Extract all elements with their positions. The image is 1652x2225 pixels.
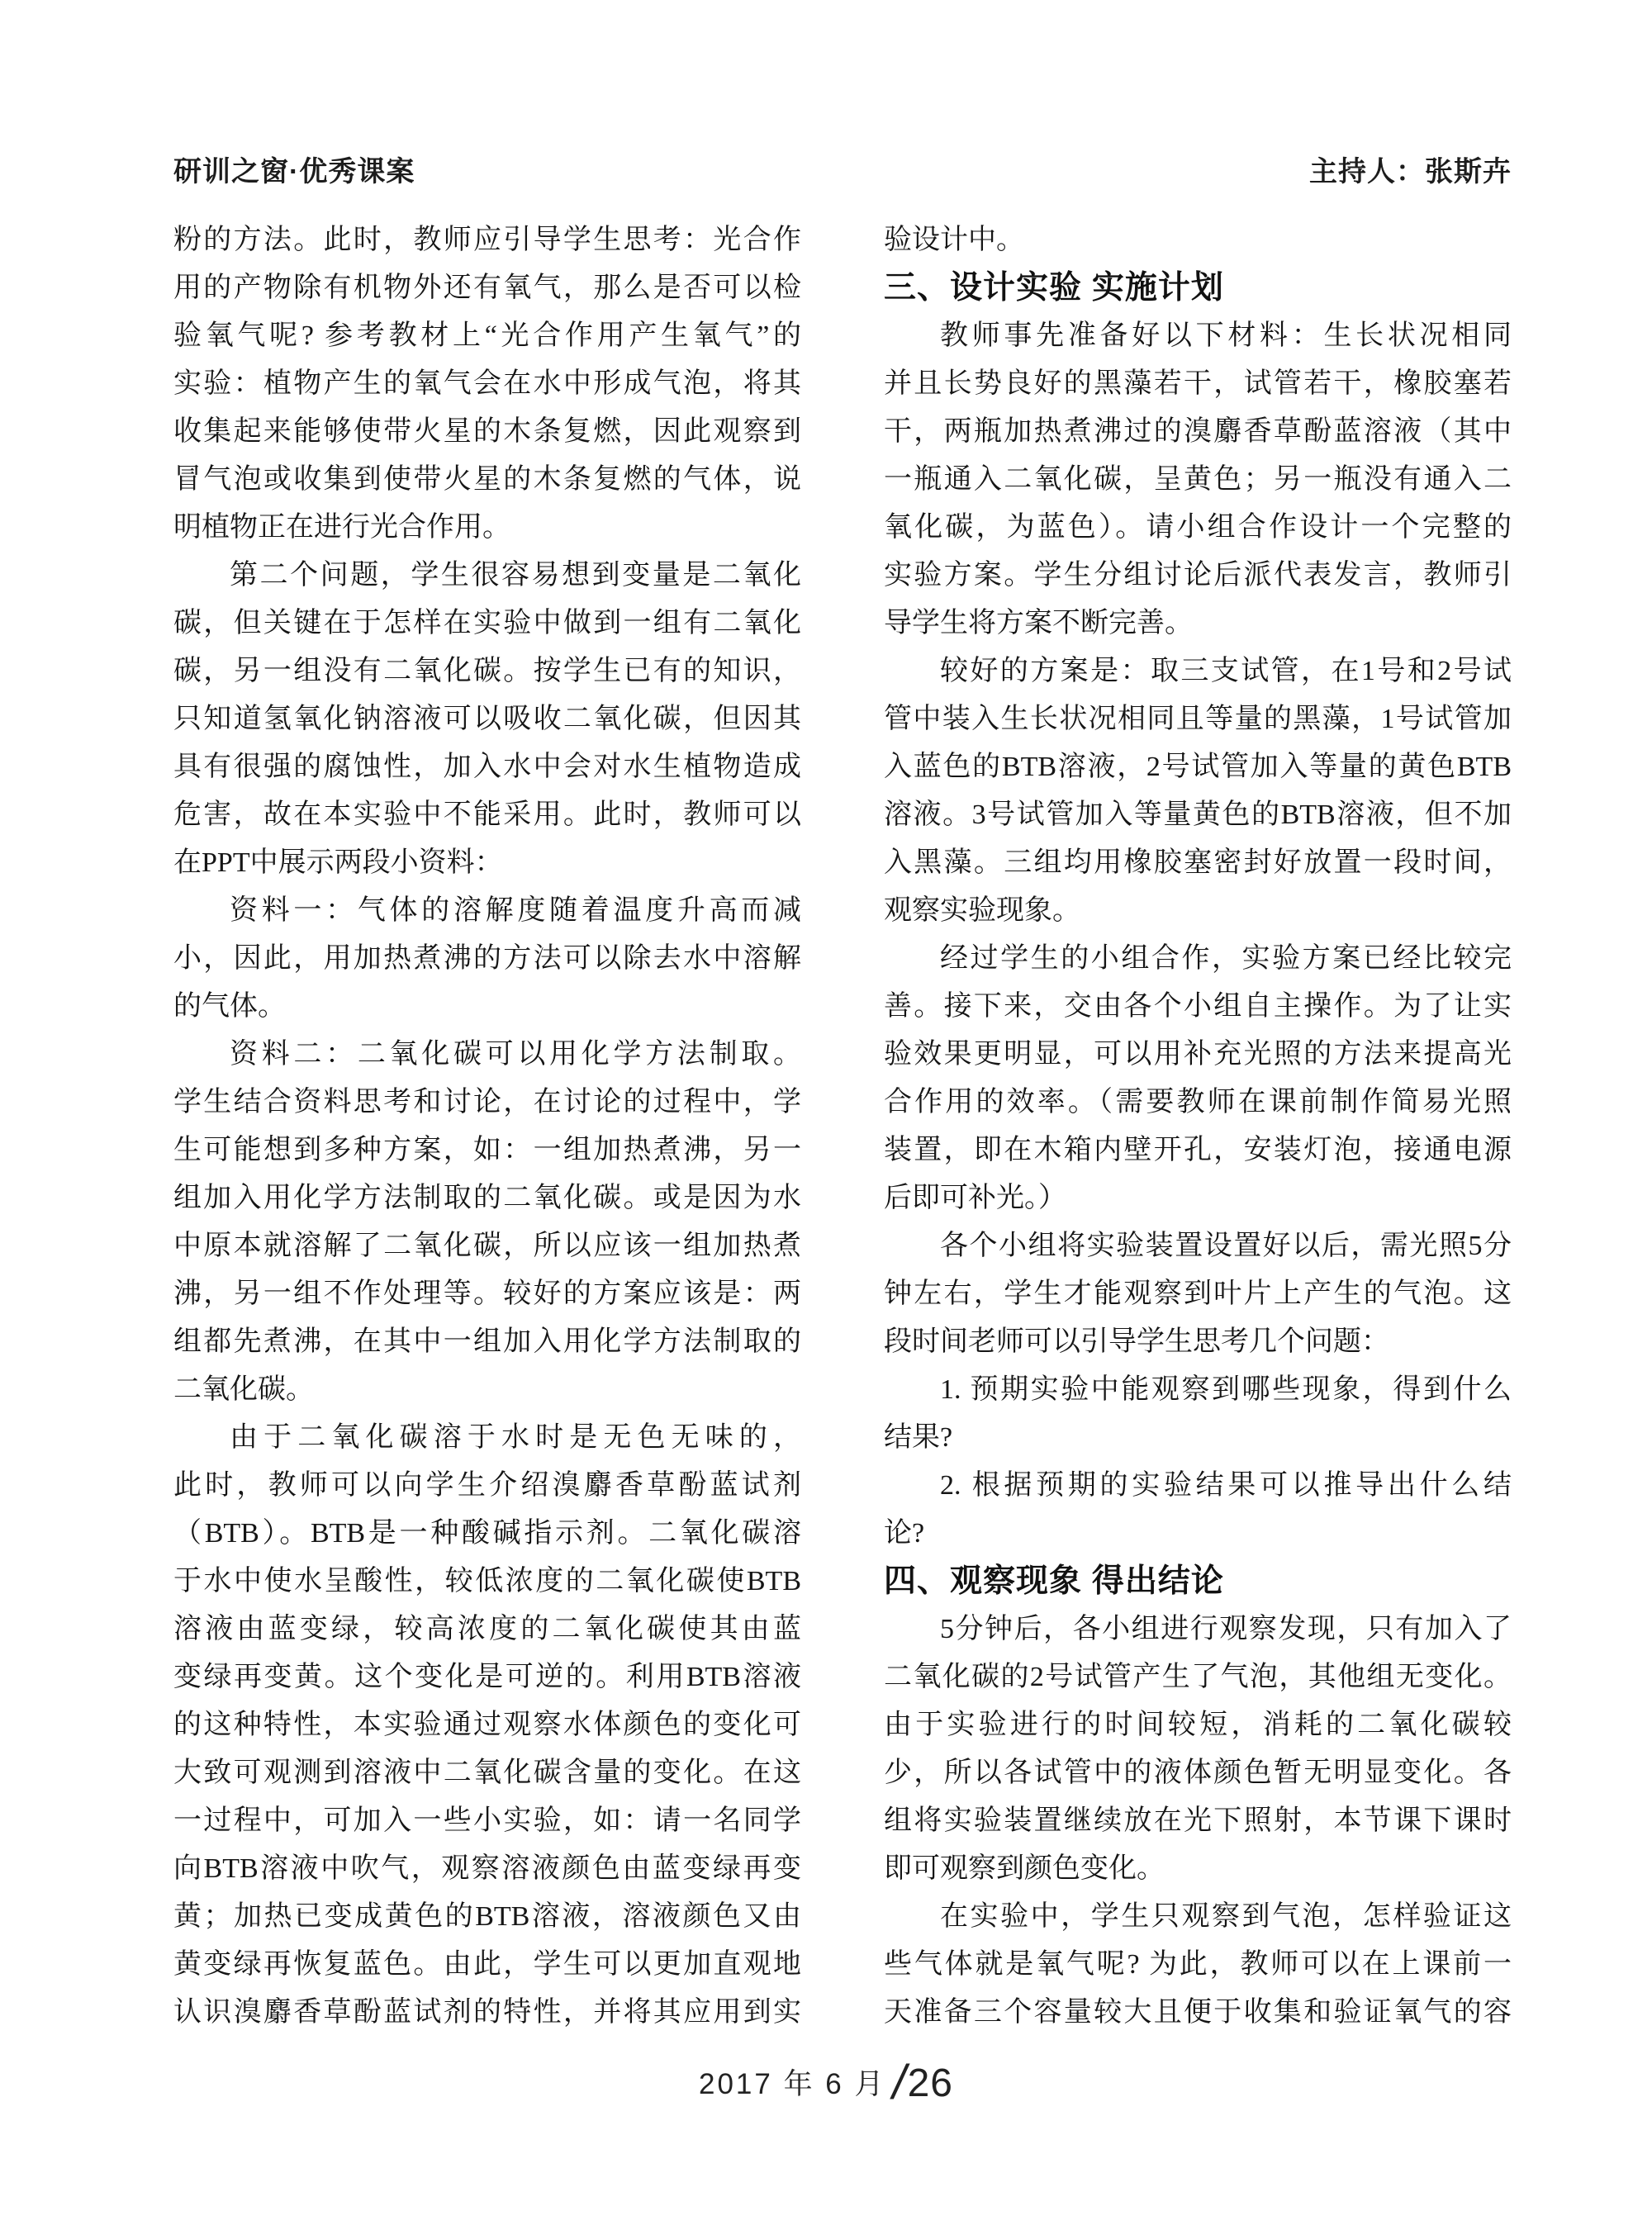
text-line: 入蓝色的BTB溶液，2号试管加入等量的黄色BTB (884, 743, 1512, 791)
text-line: 此时，教师可以向学生介绍溴麝香草酚蓝试剂 (173, 1462, 801, 1510)
text-line: 验设计中。 (884, 216, 1512, 264)
footer-slash: / (892, 2056, 905, 2109)
text-line: 黄变绿再恢复蓝色。由此，学生可以更加直观地 (173, 1941, 801, 1989)
text-line: 较好的方案是：取三支试管，在1号和2号试 (884, 648, 1512, 695)
text-line: 生可能想到多种方案，如：一组加热煮沸，另一 (173, 1127, 801, 1174)
text-line: 在实验中，学生只观察到气泡，怎样验证这 (884, 1893, 1512, 1941)
text-line: 于水中使水呈酸性，较低浓度的二氧化碳使BTB (173, 1558, 801, 1606)
text-line: 溶液由蓝变绿，较高浓度的二氧化碳使其由蓝 (173, 1606, 801, 1653)
issue-date: 2017 年 6 月 (699, 2068, 886, 2100)
text-line: 装置，即在木箱内壁开孔，安装灯泡，接通电源 (884, 1127, 1512, 1174)
text-line: 用的产物除有机物外还有氧气，那么是否可以检 (173, 264, 801, 312)
text-line: 冒气泡或收集到使带火星的木条复燃的气体，说 (173, 456, 801, 504)
column-title: 研训之窗·优秀课案 (173, 149, 415, 189)
page-header: 研训之窗·优秀课案 主持人：张斯卉 (173, 149, 1512, 189)
text-line: 钟左右，学生才能观察到叶片上产生的气泡。这 (884, 1270, 1512, 1318)
text-line: 即可观察到颜色变化。 (884, 1845, 1512, 1893)
text-line: 后即可补光。） (884, 1174, 1512, 1222)
text-line: 二氧化碳的2号试管产生了气泡，其他组无变化。 (884, 1653, 1512, 1701)
page-number: 26 (908, 2061, 953, 2105)
text-line: 并且长势良好的黑藻若干，试管若干，橡胶塞若 (884, 360, 1512, 408)
text-line: 结果? (884, 1414, 1512, 1462)
text-line: 一过程中，可加入一些小实验，如：请一名同学 (173, 1797, 801, 1845)
page-footer: 2017 年 6 月/26 (0, 2055, 1652, 2110)
text-line: 验氧气呢? 参考教材上“光合作用产生氧气”的 (173, 312, 801, 360)
text-line: 合作用的效率。（需要教师在课前制作简易光照 (884, 1079, 1512, 1127)
text-line: 只知道氢氧化钠溶液可以吸收二氧化碳，但因其 (173, 695, 801, 743)
section-heading: 三、设计实验 实施计划 (884, 264, 1512, 312)
text-line: 组都先煮沸，在其中一组加入用化学方法制取的 (173, 1318, 801, 1366)
text-line: 小，因此，用加热煮沸的方法可以除去水中溶解 (173, 935, 801, 983)
text-line: 论? (884, 1510, 1512, 1558)
text-line: 教师事先准备好以下材料：生长状况相同 (884, 312, 1512, 360)
section-heading: 四、观察现象 得出结论 (884, 1558, 1512, 1606)
text-line: 资料二：二氧化碳可以用化学方法制取。 (173, 1031, 801, 1079)
text-line: 实验方案。学生分组讨论后派代表发言，教师引 (884, 552, 1512, 600)
journal-page: 研训之窗·优秀课案 主持人：张斯卉 粉的方法。此时，教师应引导学生思考：光合作用… (0, 0, 1652, 2225)
text-line: 学生结合资料思考和讨论，在讨论的过程中，学 (173, 1079, 801, 1127)
text-line: 碳，另一组没有二氧化碳。按学生已有的知识， (173, 648, 801, 695)
text-line: 粉的方法。此时，教师应引导学生思考：光合作 (173, 216, 801, 264)
text-line: 由于二氧化碳溶于水时是无色无味的， (173, 1414, 801, 1462)
text-line: 由于实验进行的时间较短，消耗的二氧化碳较 (884, 1701, 1512, 1749)
text-line: 危害，故在本实验中不能采用。此时，教师可以 (173, 791, 801, 839)
text-line: 的这种特性，本实验通过观察水体颜色的变化可 (173, 1701, 801, 1749)
text-line: 5分钟后，各小组进行观察发现，只有加入了 (884, 1606, 1512, 1653)
text-line: 天准备三个容量较大且便于收集和验证氧气的容 (884, 1989, 1512, 2037)
text-line: 大致可观测到溶液中二氧化碳含量的变化。在这 (173, 1749, 801, 1797)
text-line: 明植物正在进行光合作用。 (173, 504, 801, 552)
text-line: 碳，但关键在于怎样在实验中做到一组有二氧化 (173, 600, 801, 648)
text-line: 二氧化碳。 (173, 1366, 801, 1414)
text-line: 少，所以各试管中的液体颜色暂无明显变化。各 (884, 1749, 1512, 1797)
text-line: 干，两瓶加热煮沸过的溴麝香草酚蓝溶液（其中 (884, 408, 1512, 456)
text-line: 2. 根据预期的实验结果可以推导出什么结 (884, 1462, 1512, 1510)
text-line: 收集起来能够使带火星的木条复燃，因此观察到 (173, 408, 801, 456)
right-column: 验设计中。三、设计实验 实施计划教师事先准备好以下材料：生长状况相同并且长势良好… (884, 216, 1512, 2037)
text-line: 沸，另一组不作处理等。较好的方案应该是：两 (173, 1270, 801, 1318)
text-line: 导学生将方案不断完善。 (884, 600, 1512, 648)
text-line: 第二个问题，学生很容易想到变量是二氧化 (173, 552, 801, 600)
text-line: 中原本就溶解了二氧化碳，所以应该一组加热煮 (173, 1222, 801, 1270)
text-line: 向BTB溶液中吹气，观察溶液颜色由蓝变绿再变 (173, 1845, 801, 1893)
text-line: 黄；加热已变成黄色的BTB溶液，溶液颜色又由 (173, 1893, 801, 1941)
text-line: 入黑藻。三组均用橡胶塞密封好放置一段时间， (884, 839, 1512, 887)
text-line: 观察实验现象。 (884, 887, 1512, 935)
text-line: 溶液。3号试管加入等量黄色的BTB溶液，但不加 (884, 791, 1512, 839)
text-line: （BTB）。BTB是一种酸碱指示剂。二氧化碳溶 (173, 1510, 801, 1558)
text-line: 组将实验装置继续放在光下照射，本节课下课时 (884, 1797, 1512, 1845)
text-line: 实验：植物产生的氧气会在水中形成气泡，将其 (173, 360, 801, 408)
text-line: 一瓶通入二氧化碳，呈黄色；另一瓶没有通入二 (884, 456, 1512, 504)
text-line: 组加入用化学方法制取的二氧化碳。或是因为水 (173, 1174, 801, 1222)
text-line: 各个小组将实验装置设置好以后，需光照5分 (884, 1222, 1512, 1270)
text-line: 经过学生的小组合作，实验方案已经比较完 (884, 935, 1512, 983)
text-line: 善。接下来，交由各个小组自主操作。为了让实 (884, 983, 1512, 1031)
text-line: 的气体。 (173, 983, 801, 1031)
text-line: 验效果更明显，可以用补充光照的方法来提高光 (884, 1031, 1512, 1079)
text-line: 在PPT中展示两段小资料： (173, 839, 801, 887)
left-column: 粉的方法。此时，教师应引导学生思考：光合作用的产物除有机物外还有氧气，那么是否可… (173, 216, 801, 2037)
text-line: 段时间老师可以引导学生思考几个问题： (884, 1318, 1512, 1366)
article-body: 粉的方法。此时，教师应引导学生思考：光合作用的产物除有机物外还有氧气，那么是否可… (173, 216, 1512, 2037)
host-credit: 主持人：张斯卉 (1309, 149, 1512, 189)
text-line: 具有很强的腐蚀性，加入水中会对水生植物造成 (173, 743, 801, 791)
text-line: 管中装入生长状况相同且等量的黑藻，1号试管加 (884, 695, 1512, 743)
text-line: 变绿再变黄。这个变化是可逆的。利用BTB溶液 (173, 1653, 801, 1701)
text-line: 氧化碳，为蓝色）。请小组合作设计一个完整的 (884, 504, 1512, 552)
text-line: 些气体就是氧气呢? 为此，教师可以在上课前一 (884, 1941, 1512, 1989)
text-line: 资料一：气体的溶解度随着温度升高而减 (173, 887, 801, 935)
text-line: 认识溴麝香草酚蓝试剂的特性，并将其应用到实 (173, 1989, 801, 2037)
text-line: 1. 预期实验中能观察到哪些现象，得到什么 (884, 1366, 1512, 1414)
